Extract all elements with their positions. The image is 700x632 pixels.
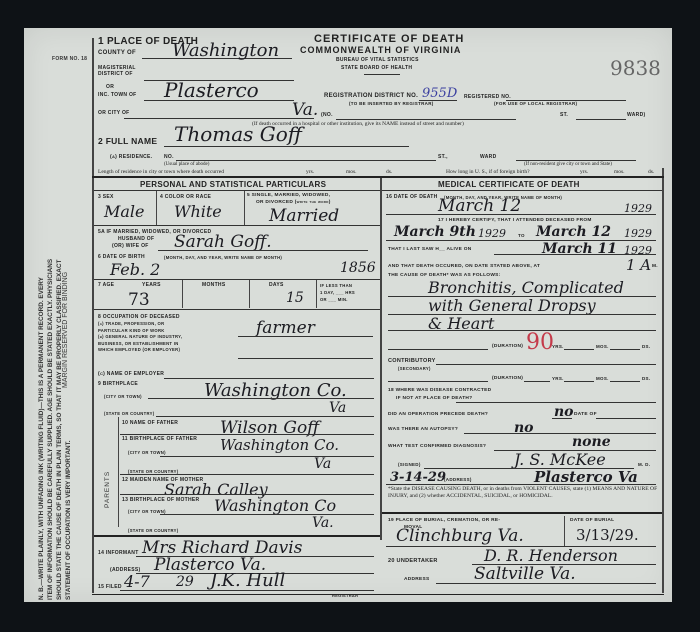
county-value: Washington bbox=[172, 40, 279, 61]
spouse-value: Sarah Goff. bbox=[174, 232, 272, 252]
duration-value: 90 bbox=[526, 330, 554, 355]
dob-year: 1856 bbox=[340, 260, 376, 276]
dob-month-day: Feb. 2 bbox=[110, 260, 160, 279]
father-name-value: Wilson Goff bbox=[220, 418, 319, 438]
age-label: 7 AGE bbox=[98, 282, 114, 288]
less-line-2: 1 DAY, ___ HRS bbox=[320, 289, 355, 296]
less-line-1: IF LESS THAN bbox=[320, 282, 355, 289]
undertaker-address-label: ADDRESS bbox=[404, 577, 430, 582]
occupation-value: farmer bbox=[256, 318, 315, 338]
ds-label: ds. bbox=[386, 169, 392, 175]
signed-date-value: 3-14-29 bbox=[390, 470, 446, 485]
filed-date-value: 4-7 bbox=[124, 572, 150, 591]
date-of-death-value: March 12 bbox=[438, 196, 521, 216]
county-label: COUNTY OF bbox=[98, 50, 136, 56]
duration-ds-label: DS. bbox=[642, 344, 650, 349]
m-label: M. bbox=[652, 264, 658, 269]
cause-footnote: *State the DISEASE CAUSING DEATH, or in … bbox=[388, 486, 658, 499]
to-label: TO bbox=[518, 233, 525, 238]
undertaker-value: D. R. Henderson bbox=[484, 546, 618, 565]
birthplace-state-label: (STATE OR COUNTRY) bbox=[104, 411, 154, 416]
residence-st-label: ST., bbox=[438, 154, 448, 160]
medical-section-title: MEDICAL CERTIFICATE OF DEATH bbox=[438, 180, 580, 189]
last-saw-label: THAT I LAST SAW H__ ALIVE ON bbox=[388, 247, 472, 252]
form-left-border bbox=[92, 38, 94, 593]
registration-district-label: REGISTRATION DISTRICT NO. bbox=[324, 93, 418, 99]
registration-district-note: (TO BE INSERTED BY REGISTRAR) bbox=[349, 101, 434, 106]
md-label: M. D. bbox=[638, 462, 650, 467]
physician-signature: J. S. McKee bbox=[514, 450, 606, 469]
diagnosis-test-label: WHAT TEST CONFIRMED DIAGNOSIS? bbox=[388, 444, 486, 449]
father-birth-city-label: (CITY OR TOWN) bbox=[128, 450, 166, 455]
instruction-line-1: N. B.—WRITE PLAINLY, WITH UNFADING INK (… bbox=[38, 277, 45, 600]
us-yrs-label: yrs. bbox=[580, 169, 588, 175]
birthplace-state-value: Va bbox=[329, 400, 346, 416]
filed-year-value: 29 bbox=[176, 574, 194, 590]
occupation-b-line-3: WHICH EMPLOYED (OR EMPLOYER) bbox=[98, 347, 182, 354]
informant-label: 14 INFORMANT bbox=[98, 550, 139, 556]
mos-label: mos. bbox=[346, 169, 357, 175]
residence-ward-label: WARD bbox=[480, 154, 496, 160]
undertaker-label: 20 UNDERTAKER bbox=[388, 558, 438, 564]
length-of-residence-label: Length of residence in city or town wher… bbox=[98, 169, 224, 175]
race-label: 4 COLOR OR RACE bbox=[160, 194, 211, 200]
town-label: INC. TOWN OF bbox=[98, 92, 137, 98]
burial-place-label: 19 PLACE OF BURIAL, CREMATION, OR RE- bbox=[388, 518, 500, 523]
city-label: OR CITY OF bbox=[98, 110, 130, 116]
yrs-label: yrs. bbox=[306, 169, 314, 175]
or-label: OR bbox=[106, 84, 114, 90]
birthplace-label: 9 BIRTHPLACE bbox=[98, 381, 138, 387]
binding-margin-note: MARGIN RESERVED FOR BINDING bbox=[62, 272, 69, 388]
undertaker-address-value: Saltville Va. bbox=[474, 564, 576, 584]
mother-birth-city-value: Washington Co bbox=[214, 496, 336, 515]
street-no-label: (NO. bbox=[321, 112, 333, 118]
time-of-death-label: AND THAT DEATH OCCURED, ON DATE STATED A… bbox=[388, 264, 540, 269]
mother-birthplace-label: 13 BIRTHPLACE OF MOTHER bbox=[122, 497, 199, 503]
attended-from-year: 1929 bbox=[478, 227, 506, 240]
certify-label: 17 I HEREBY CERTIFY, THAT I ATTENDED DEC… bbox=[438, 218, 592, 223]
signed-label: (SIGNED) bbox=[398, 462, 421, 467]
father-birth-city-value: Washington Co. bbox=[220, 436, 339, 454]
bureau-name: BUREAU OF VITAL STATISTICS bbox=[336, 57, 419, 63]
duration-label: (DURATION) bbox=[492, 344, 523, 349]
age-years-value: 73 bbox=[128, 290, 150, 310]
us-residence-label: How long in U. S., if of foreign birth? bbox=[446, 169, 530, 175]
sex-value: Male bbox=[104, 202, 145, 221]
date-of-death-label: 16 DATE OF DEATH bbox=[386, 194, 438, 200]
occupation-label: 8 OCCUPATION OF DECEASED bbox=[98, 314, 180, 320]
certificate-number: 9838 bbox=[610, 56, 661, 80]
registration-district-value: 955D bbox=[422, 86, 457, 101]
marital-value: Married bbox=[269, 206, 339, 226]
duration-yrs-label: YRS. bbox=[552, 344, 564, 349]
us-ds-label: ds. bbox=[648, 169, 654, 175]
contributory-label: CONTRIBUTORY bbox=[388, 358, 436, 364]
residence-label: (a) RESIDENCE. bbox=[110, 154, 152, 160]
cause-line-1: Bronchitis, Complicated bbox=[428, 278, 624, 297]
full-name-label: 2 FULL NAME bbox=[98, 136, 157, 146]
race-value: White bbox=[174, 202, 222, 221]
attended-to-year: 1929 bbox=[624, 227, 652, 240]
marital-label: 5 SINGLE, MARRIED, WIDOWED, bbox=[247, 193, 330, 198]
contracted-note: IF NOT AT PLACE OF DEATH? bbox=[396, 396, 472, 401]
burial-date-label: DATE OF BURIAL bbox=[570, 518, 614, 523]
ward-label: WARD) bbox=[627, 112, 645, 118]
age-months-label: MONTHS bbox=[202, 282, 225, 288]
death-certificate-page: FORM NO. 18 MARGIN RESERVED FOR BINDING … bbox=[24, 28, 672, 602]
column-divider bbox=[380, 178, 382, 540]
magisterial-district-label: MAGISTERIAL DISTRICT OF bbox=[98, 65, 158, 77]
marital-note: OR DIVORCED (write the word) bbox=[256, 200, 331, 205]
mother-birth-state-label: (STATE OR COUNTRY) bbox=[128, 528, 178, 533]
age-years-label: YEARS bbox=[142, 282, 161, 288]
father-name-label: 10 NAME OF FATHER bbox=[122, 420, 178, 426]
residence-note: (Usual place of abode) bbox=[164, 162, 209, 167]
instruction-line-2: ITEM OF INFORMATION SHOULD BE CAREFULLY … bbox=[47, 259, 54, 600]
registered-no-label: REGISTERED NO. bbox=[464, 94, 511, 100]
occupation-notes: (a) TRADE, PROFESSION, OR PARTICULAR KIN… bbox=[98, 321, 182, 354]
instruction-line-4: STATEMENT OF OCCUPATION IS VERY IMPORTAN… bbox=[65, 440, 72, 600]
father-birthplace-label: 11 BIRTHPLACE OF FATHER bbox=[122, 436, 197, 442]
less-line-3: OR ___ MIN. bbox=[320, 296, 355, 303]
employer-label: (c) NAME OF EMPLOYER bbox=[98, 371, 164, 377]
form-right-border bbox=[662, 168, 664, 593]
contributory-mos-label: MOS. bbox=[596, 376, 609, 381]
certificate-subtitle: COMMONWEALTH OF VIRGINIA bbox=[300, 45, 461, 55]
residence-no-label: NO. bbox=[164, 154, 174, 160]
burial-place-value: Clinchburg Va. bbox=[396, 526, 524, 546]
contracted-label: 18 WHERE WAS DISEASE CONTRACTED bbox=[388, 388, 491, 393]
birthplace-city-label: (CITY OR TOWN) bbox=[104, 394, 142, 399]
age-days-value: 15 bbox=[286, 290, 304, 306]
personal-section-title: PERSONAL AND STATISTICAL PARTICULARS bbox=[140, 180, 326, 189]
sex-label: 3 SEX bbox=[98, 194, 114, 200]
time-of-death-value: 1 A bbox=[626, 256, 651, 274]
board-name: STATE BOARD OF HEALTH bbox=[341, 65, 412, 71]
occupation-b-line-1: (b) GENERAL NATURE OF INDUSTRY, bbox=[98, 334, 182, 341]
less-than-day-label: IF LESS THAN 1 DAY, ___ HRS OR ___ MIN. bbox=[320, 282, 355, 303]
attended-to-value: March 12 bbox=[536, 224, 611, 240]
town-value: Plasterco bbox=[164, 78, 259, 102]
operation-date-label: DATE OF bbox=[574, 412, 597, 417]
us-mos-label: mos. bbox=[614, 169, 625, 175]
registrar-signature: J.K. Hull bbox=[210, 570, 285, 591]
full-name-value: Thomas Goff bbox=[174, 122, 302, 146]
nonresident-note: (If non-resident give city or town and S… bbox=[524, 162, 612, 167]
cause-line-2: with General Dropsy bbox=[428, 296, 596, 315]
autopsy-label: WAS THERE AN AUTOPSY? bbox=[388, 427, 458, 432]
father-birth-state-value: Va bbox=[314, 456, 331, 472]
street-label: ST. bbox=[560, 112, 568, 118]
dob-note: (MONTH, DAY, AND YEAR, WRITE NAME OF MON… bbox=[164, 255, 282, 260]
operation-label: DID AN OPERATION PRECEDE DEATH? bbox=[388, 412, 488, 417]
certificate-title: CERTIFICATE OF DEATH bbox=[314, 33, 464, 45]
diagnosis-test-value: none bbox=[572, 434, 611, 450]
registered-no-note: (FOR USE OF LOCAL REGISTRAR) bbox=[494, 101, 577, 106]
contributory-ds-label: DS. bbox=[642, 376, 650, 381]
burial-date-value: 3/13/29. bbox=[576, 526, 639, 544]
husband-of-label: HUSBAND OF bbox=[118, 236, 154, 242]
instruction-line-3: SHOULD STATE THE CAUSE OF DEATH IN PLAIN… bbox=[56, 260, 63, 600]
form-number: FORM NO. 18 bbox=[52, 56, 87, 62]
secondary-label: (SECONDARY) bbox=[398, 366, 431, 371]
death-state-value: Va. bbox=[292, 100, 318, 120]
filed-label: 15 FILED bbox=[98, 584, 122, 590]
duration-mos-label: MOS. bbox=[596, 344, 609, 349]
contributory-yrs-label: YRS. bbox=[552, 376, 564, 381]
parents-label: PARENTS bbox=[104, 471, 111, 508]
attended-from-value: March 9th bbox=[394, 224, 476, 240]
physician-address-label: (ADDRESS) bbox=[444, 477, 472, 482]
mother-birth-state-value: Va. bbox=[312, 515, 334, 531]
age-days-label: DAYS bbox=[269, 282, 284, 288]
wife-of-label: (OR) WIFE OF bbox=[112, 243, 149, 249]
contributory-duration-label: (DURATION) bbox=[492, 376, 523, 381]
